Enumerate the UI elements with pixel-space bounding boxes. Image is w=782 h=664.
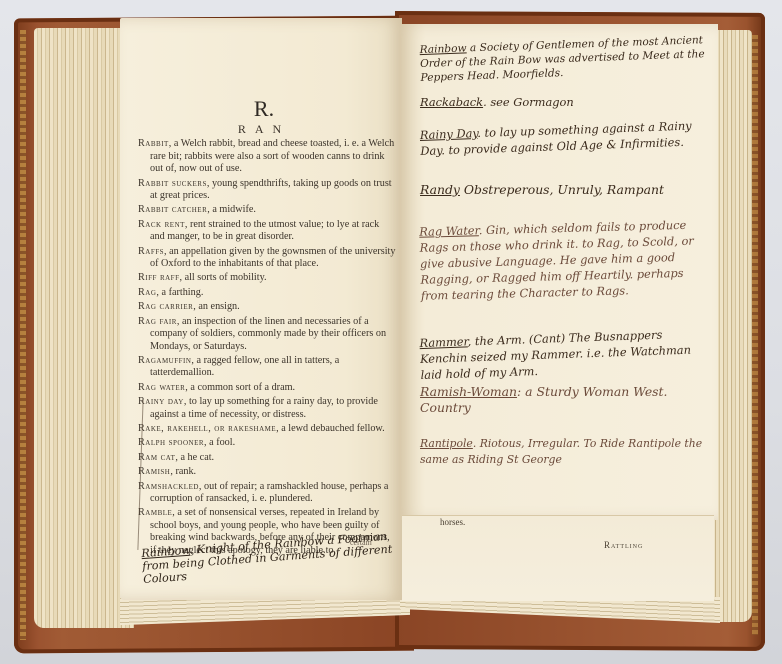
printed-text-block: R. RAN Rabbit, a Welch rabbit, bread and… [132,96,396,559]
gilt-border-left [20,30,26,640]
gilt-border-right [752,35,758,635]
section-letter: R. [132,96,396,122]
dictionary-entry: Rag fair, an inspection of the linen and… [138,316,396,353]
dictionary-entry: Rake, rakehell, or rakeshame, a lewd deb… [138,423,396,435]
dictionary-entry: Ramshackled, out of repair; a ramshackle… [138,481,396,506]
underlying-printed-page [402,515,714,601]
dictionary-entry: Ragamuffin, a ragged fellow, one all in … [138,355,396,380]
dictionary-entry: Rainy day, to lay up something for a rai… [138,396,396,421]
manuscript-entry: Randy Obstreperous, Unruly, Rampant [420,182,710,198]
dictionary-entry: Rabbit catcher, a midwife. [138,204,396,216]
dictionary-entry: Rag water, a common sort of a dram. [138,382,396,394]
manuscript-entry: Rammer, the Arm. (Cant) The Busnappers K… [419,325,710,383]
dictionary-entry: Rabbit, a Welch rabbit, bread and cheese… [138,138,396,175]
printed-fragment: horses. [440,517,465,527]
manuscript-entry: Rackaback. see Gormagon [420,94,710,110]
manuscript-entry: Ramish-Woman: a Sturdy Woman West. Count… [420,384,710,416]
catchword-right: Rattling [604,540,643,550]
dictionary-entry: Ralph spooner, a fool. [138,437,396,449]
page-block-left [34,28,134,628]
dictionary-entry: Ramish, rank. [138,466,396,478]
dictionary-entry: Rag carrier, an ensign. [138,301,396,313]
dictionary-entry: Riff raff, all sorts of mobility. [138,272,396,284]
dictionary-entry: Rabbit suckers, young spendthrifts, taki… [138,178,396,203]
book-photo: R. RAN Rabbit, a Welch rabbit, bread and… [0,0,782,664]
manuscript-entry: Rag Water. Gin, which seldom fails to pr… [419,216,711,304]
dictionary-entry: Ram cat, a he cat. [138,452,396,464]
running-head: RAN [132,123,396,135]
dictionary-entry: Rag, a farthing. [138,287,396,299]
dictionary-entry: Raffs, an appellation given by the gowns… [138,246,396,271]
dictionary-entry: Rack rent, rent strained to the utmost v… [138,219,396,244]
manuscript-entry: Rantipole. Riotous, Irregular. To Ride R… [420,436,710,468]
